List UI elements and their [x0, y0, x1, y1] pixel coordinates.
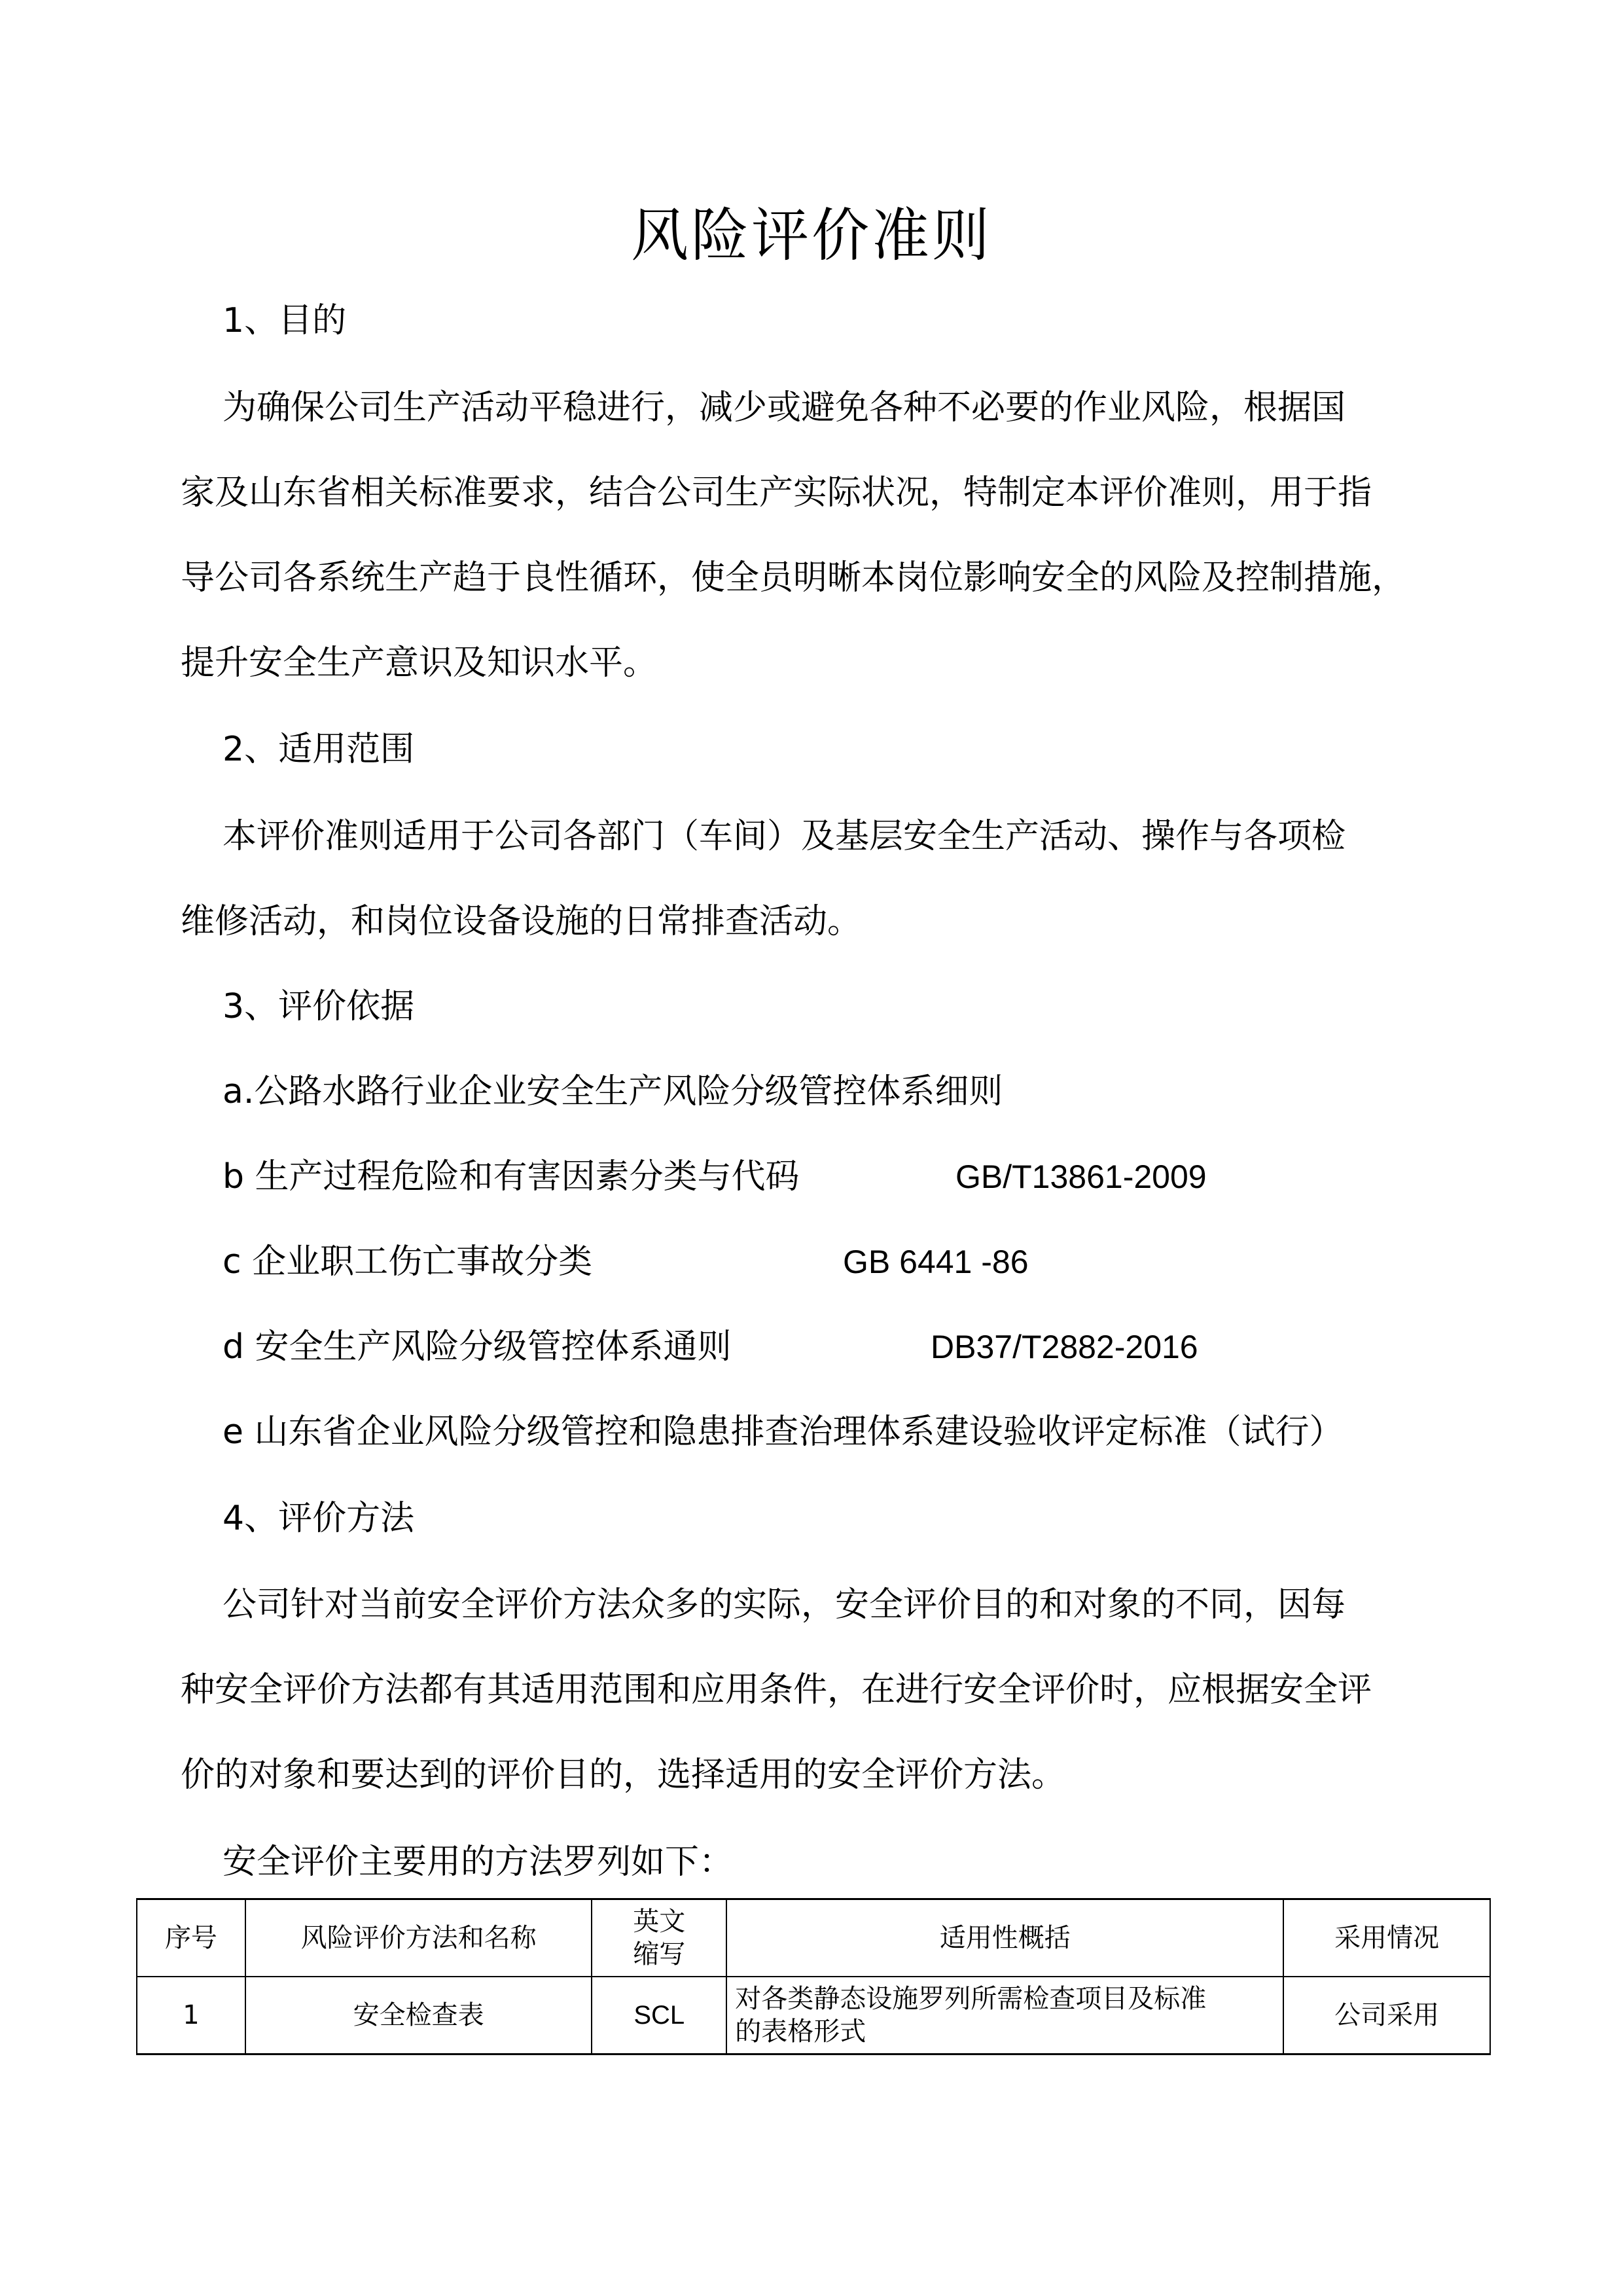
- paragraph-line: 导公司各系统生产趋于良性循环，使全员明晰本岗位影响安全的风险及控制措施，: [181, 555, 1406, 601]
- paragraph-line: 提升安全生产意识及知识水平。: [181, 640, 657, 686]
- paragraph-line: 公司针对当前安全评价方法众多的实际，安全评价目的和对象的不同，因每: [223, 1582, 1346, 1628]
- header-method-name: 风险评价方法和名称: [245, 1899, 592, 1977]
- cell-method-name: 安全检查表: [245, 1977, 592, 2054]
- section-heading-purpose: 1、目的: [223, 298, 346, 344]
- cell-abbreviation: SCL: [592, 1977, 726, 2054]
- table-header-row: 序号 风险评价方法和名称 英文 缩写 适用性概括 采用情况: [137, 1899, 1490, 1977]
- page-title: 风险评价准则: [0, 196, 1623, 275]
- cell-no: 1: [137, 1977, 245, 2054]
- header-abbr-line: 缩写: [600, 1938, 718, 1971]
- section-heading-scope: 2、适用范围: [223, 726, 414, 772]
- section-heading-basis: 3、评价依据: [223, 984, 414, 1030]
- reference-code-b: GB/T13861-2009: [955, 1154, 1207, 1200]
- reference-code-c: GB 6441 -86: [843, 1239, 1029, 1285]
- reference-item-e: e 山东省企业风险分级管控和隐患排查治理体系建设验收评定标准（试行）: [223, 1409, 1344, 1455]
- header-abbr-line: 英文: [600, 1905, 718, 1938]
- cell-status: 公司采用: [1283, 1977, 1490, 2054]
- reference-code-d: DB37/T2882-2016: [931, 1324, 1198, 1370]
- summary-line: 对各类静态设施罗列所需检查项目及标准: [735, 1982, 1275, 2015]
- header-abbreviation: 英文 缩写: [592, 1899, 726, 1977]
- table-row: 1 安全检查表 SCL 对各类静态设施罗列所需检查项目及标准 的表格形式 公司采…: [137, 1977, 1490, 2054]
- paragraph-line: 价的对象和要达到的评价目的，选择适用的安全评价方法。: [181, 1752, 1065, 1798]
- reference-item-d: d 安全生产风险分级管控体系通则: [223, 1324, 732, 1370]
- reference-item-b: b 生产过程危险和有害因素分类与代码: [223, 1154, 800, 1200]
- header-no: 序号: [137, 1899, 245, 1977]
- methods-table: 序号 风险评价方法和名称 英文 缩写 适用性概括 采用情况 1 安全检查表 SC…: [136, 1898, 1491, 2055]
- paragraph-line: 家及山东省相关标准要求，结合公司生产实际状况，特制定本评价准则，用于指: [181, 470, 1372, 516]
- document-page: 风险评价准则 1、目的 为确保公司生产活动平稳进行，减少或避免各种不必要的作业风…: [0, 0, 1623, 2296]
- paragraph-line: 本评价准则适用于公司各部门（车间）及基层安全生产活动、操作与各项检: [223, 814, 1346, 859]
- paragraph-line: 种安全评价方法都有其适用范围和应用条件，在进行安全评价时，应根据安全评: [181, 1667, 1372, 1713]
- paragraph-line: 为确保公司生产活动平稳进行，减少或避免各种不必要的作业风险，根据国: [223, 385, 1346, 431]
- reference-item-a: a.公路水路行业企业安全生产风险分级管控体系细则: [223, 1069, 1003, 1115]
- paragraph-line: 维修活动，和岗位设备设施的日常排查活动。: [181, 899, 861, 944]
- section-heading-method: 4、评价方法: [223, 1496, 414, 1541]
- reference-item-c: c 企业职工伤亡事故分类: [223, 1239, 592, 1285]
- header-summary: 适用性概括: [726, 1899, 1283, 1977]
- summary-line: 的表格形式: [735, 2015, 1275, 2048]
- header-status: 采用情况: [1283, 1899, 1490, 1977]
- cell-summary: 对各类静态设施罗列所需检查项目及标准 的表格形式: [726, 1977, 1283, 2054]
- table-intro: 安全评价主要用的方法罗列如下：: [223, 1839, 733, 1885]
